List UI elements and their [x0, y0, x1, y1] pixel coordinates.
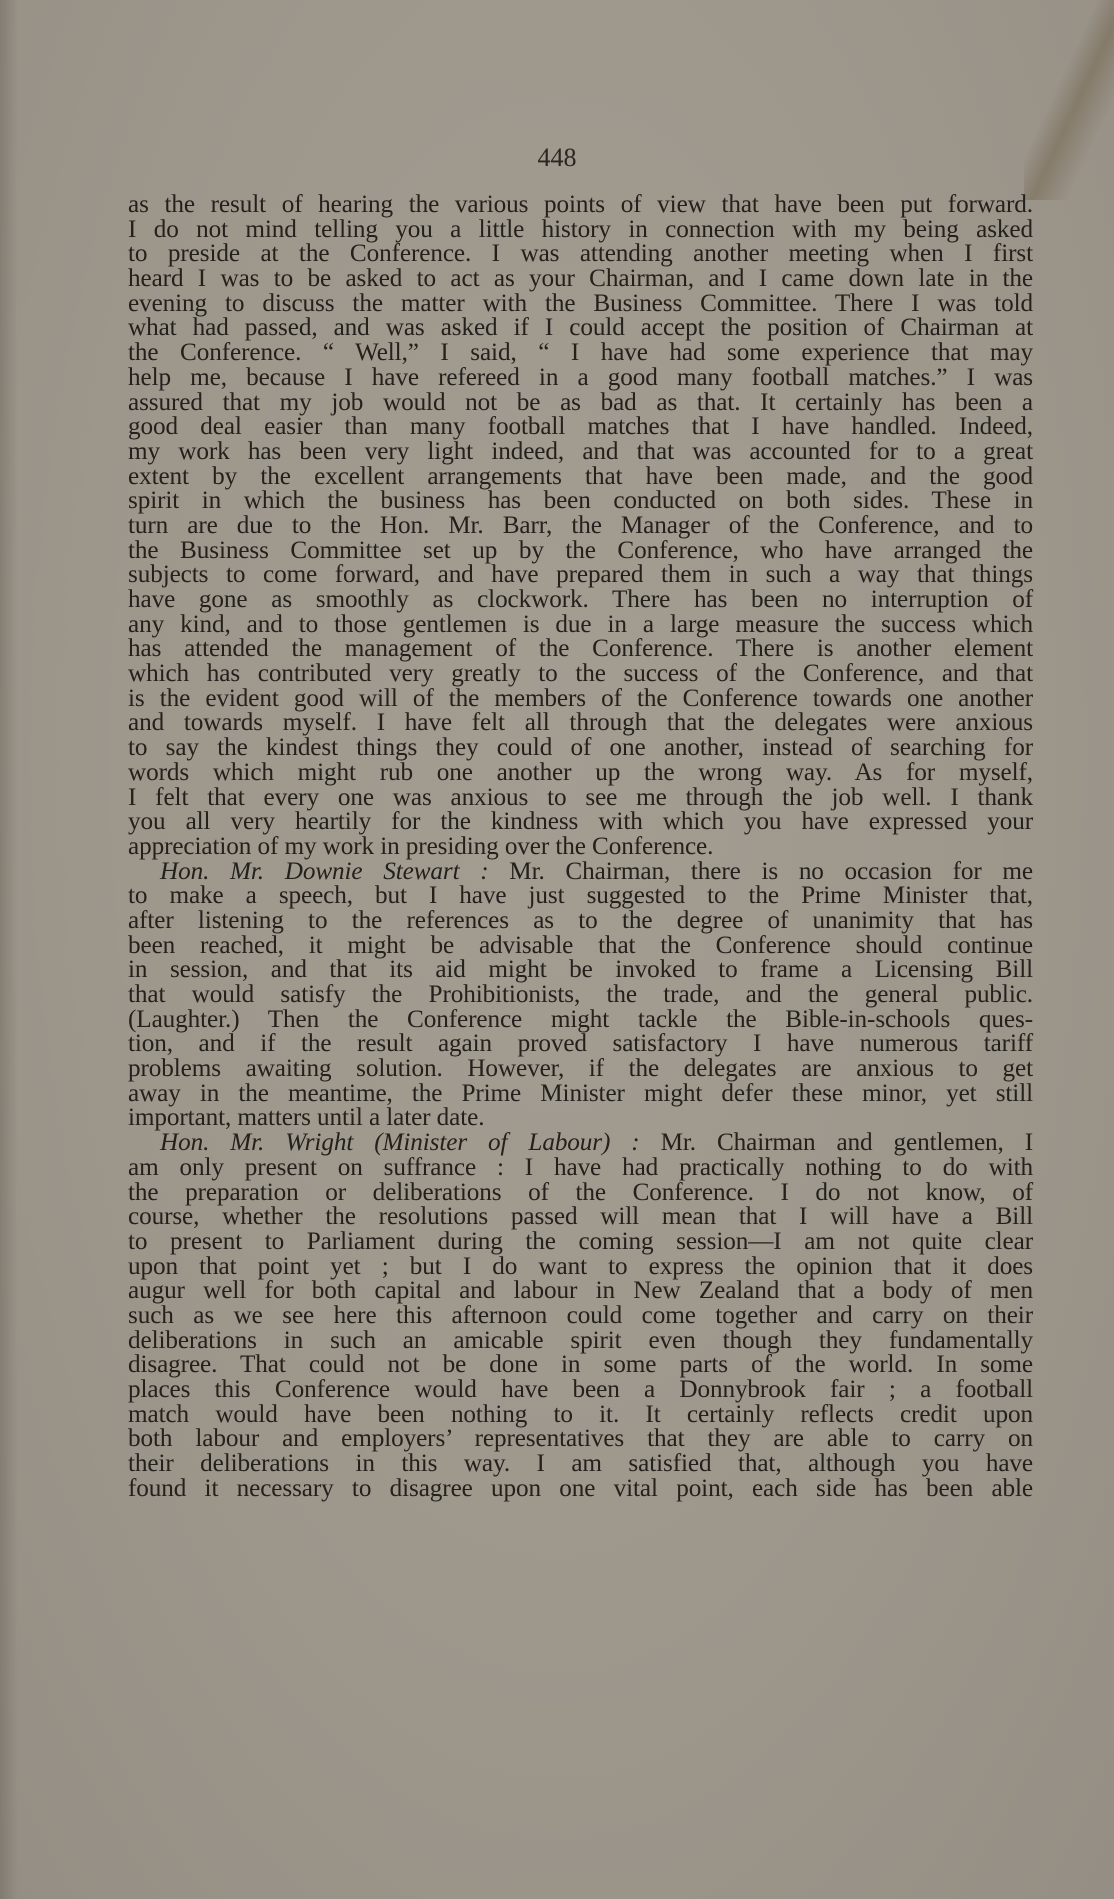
speaker-name: Hon. Mr. Wright (Minister of Labour) : — [160, 1129, 640, 1156]
text-line: extent by the excellent arrangements tha… — [128, 465, 1033, 490]
text-line: am only present on suffrance : I have ha… — [128, 1156, 1033, 1181]
text-line: to say the kindest things they could of … — [128, 736, 1033, 761]
text-line: important, matters until a later date. — [128, 1106, 1033, 1131]
text-line: been reached, it might be advisable that… — [128, 934, 1033, 959]
text-line: course, whether the resolutions passed w… — [128, 1205, 1033, 1230]
text-line: the preparation or deliberations of the … — [128, 1181, 1033, 1206]
text-line: found it necessary to disagree upon one … — [128, 1477, 1033, 1502]
text-line: help me, because I have refereed in a go… — [128, 366, 1033, 391]
speaker-line: Hon. Mr. Wright (Minister of Labour) : M… — [128, 1131, 1033, 1156]
paragraph-downie-stewart: Hon. Mr. Downie Stewart : Mr. Chairman, … — [128, 860, 1033, 1132]
text-line: any kind, and to those gentlemen is due … — [128, 613, 1033, 638]
text-line: tion, and if the result again proved sat… — [128, 1032, 1033, 1057]
text-line: away in the meantime, the Prime Minister… — [128, 1082, 1033, 1107]
text-line: good deal easier than many football matc… — [128, 415, 1033, 440]
speaker-line: Hon. Mr. Downie Stewart : Mr. Chairman, … — [128, 860, 1033, 885]
text-line: disagree. That could not be done in some… — [128, 1353, 1033, 1378]
text-line: match would have been nothing to it. It … — [128, 1403, 1033, 1428]
text-line: I felt that every one was anxious to see… — [128, 786, 1033, 811]
text-line: have gone as smoothly as clockwork. Ther… — [128, 588, 1033, 613]
paragraph-wright: Hon. Mr. Wright (Minister of Labour) : M… — [128, 1131, 1033, 1501]
text-line: both labour and employers’ representativ… — [128, 1427, 1033, 1452]
speech-text: Mr. Chairman, there is no occasion for m… — [489, 858, 1033, 885]
document-page: 448 as the result of hearing the various… — [0, 0, 1114, 1899]
text-line: is the evident good will of the members … — [128, 687, 1033, 712]
text-line: deliberations in such an amicable spirit… — [128, 1329, 1033, 1354]
text-line: in session, and that its aid might be in… — [128, 958, 1033, 983]
text-line: which has contributed very greatly to th… — [128, 662, 1033, 687]
text-line: turn are due to the Hon. Mr. Barr, the M… — [128, 514, 1033, 539]
text-line: spirit in which the business has been co… — [128, 489, 1033, 514]
text-line: places this Conference would have been a… — [128, 1378, 1033, 1403]
text-line: you all very heartily for the kindness w… — [128, 810, 1033, 835]
text-line: problems awaiting solution. However, if … — [128, 1057, 1033, 1082]
text-line: to present to Parliament during the comi… — [128, 1230, 1033, 1255]
text-line: upon that point yet ; but I do want to e… — [128, 1255, 1033, 1280]
text-line: such as we see here this afternoon could… — [128, 1304, 1033, 1329]
text-line: (Laughter.) Then the Conference might ta… — [128, 1008, 1033, 1033]
text-line: what had passed, and was asked if I coul… — [128, 316, 1033, 341]
page-edge-shadow — [0, 0, 18, 1899]
text-line: I do not mind telling you a little histo… — [128, 218, 1033, 243]
body-text: as the result of hearing the various poi… — [128, 193, 1033, 1501]
text-line: after listening to the references as to … — [128, 909, 1033, 934]
text-line: has attended the management of the Confe… — [128, 637, 1033, 662]
text-line: the Business Committee set up by the Con… — [128, 539, 1033, 564]
text-line: as the result of hearing the various poi… — [128, 193, 1033, 218]
text-line: appreciation of my work in presiding ove… — [128, 835, 1033, 860]
text-line: heard I was to be asked to act as your C… — [128, 267, 1033, 292]
text-line: assured that my job would not be as bad … — [128, 391, 1033, 416]
text-line: to make a speech, but I have just sugges… — [128, 884, 1033, 909]
text-line: subjects to come forward, and have prepa… — [128, 563, 1033, 588]
text-line: the Conference. “ Well,” I said, “ I hav… — [128, 341, 1033, 366]
text-line: words which might rub one another up the… — [128, 761, 1033, 786]
page-number: 448 — [0, 143, 1114, 173]
paragraph-chairman-speech: as the result of hearing the various poi… — [128, 193, 1033, 860]
text-line: to preside at the Conference. I was atte… — [128, 242, 1033, 267]
text-line: that would satisfy the Prohibitionists, … — [128, 983, 1033, 1008]
text-line: augur well for both capital and labour i… — [128, 1279, 1033, 1304]
text-line: and towards myself. I have felt all thro… — [128, 711, 1033, 736]
speaker-name: Hon. Mr. Downie Stewart : — [160, 858, 489, 885]
text-line: my work has been very light indeed, and … — [128, 440, 1033, 465]
speech-text: Mr. Chairman and gentlemen, I — [640, 1129, 1033, 1156]
text-line: their deliberations in this way. I am sa… — [128, 1452, 1033, 1477]
text-line: evening to discuss the matter with the B… — [128, 292, 1033, 317]
